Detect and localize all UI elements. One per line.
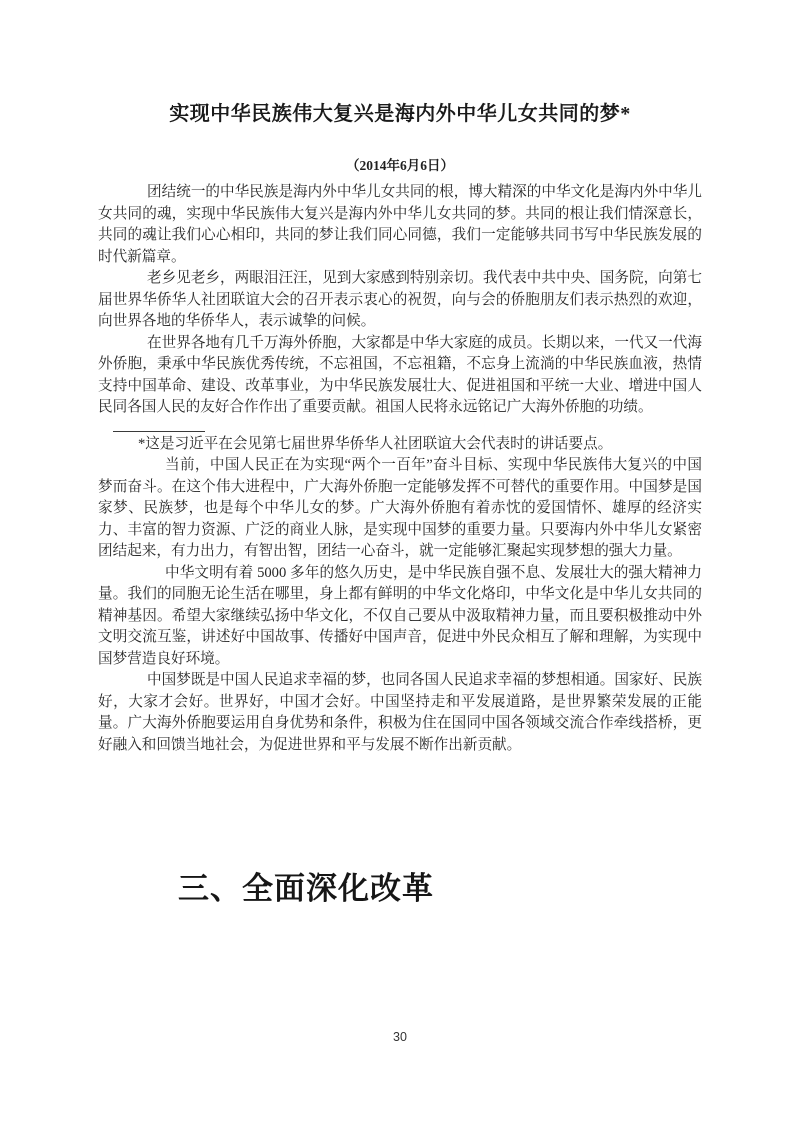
paragraph: 当前，中国人民正在为实现“两个一百年”奋斗目标、实现中华民族伟大复兴的中国梦而奋… xyxy=(98,455,702,563)
paragraph: 老乡见老乡，两眼泪汪汪，见到大家感到特别亲切。我代表中共中央、国务院，向第七届世… xyxy=(98,268,702,333)
footnote-block: *这是习近平在会见第七届世界华侨华人社团联谊大会代表时的讲话要点。 xyxy=(98,431,702,456)
document-title: 实现中华民族伟大复兴是海内外中华儿女共同的梦* xyxy=(98,100,702,128)
footnote-text: *这是习近平在会见第七届世界华侨华人社团联谊大会代表时的讲话要点。 xyxy=(98,434,702,456)
paragraph: 中华文明有着 5000 多年的悠久历史，是中华民族自强不息、发展壮大的强大精神力… xyxy=(98,563,702,671)
section-heading: 三、全面深化改革 xyxy=(178,869,702,909)
document-page: 实现中华民族伟大复兴是海内外中华儿女共同的梦* （2014年6月6日） 团结统一… xyxy=(0,0,800,1131)
paragraph: 团结统一的中华民族是海内外中华儿女共同的根，博大精深的中华文化是海内外中华儿女共… xyxy=(98,182,702,268)
paragraph: 中国梦既是中国人民追求幸福的梦，也同各国人民追求幸福的梦想相通。国家好、民族好，… xyxy=(98,670,702,756)
page-content: 实现中华民族伟大复兴是海内外中华儿女共同的梦* （2014年6月6日） 团结统一… xyxy=(98,100,702,909)
document-date: （2014年6月6日） xyxy=(98,157,702,175)
paragraph: 在世界各地有几千万海外侨胞，大家都是中华大家庭的成员。长期以来，一代又一代海外侨… xyxy=(98,333,702,419)
page-number: 30 xyxy=(0,1030,800,1044)
footnote-separator-line xyxy=(113,431,205,432)
